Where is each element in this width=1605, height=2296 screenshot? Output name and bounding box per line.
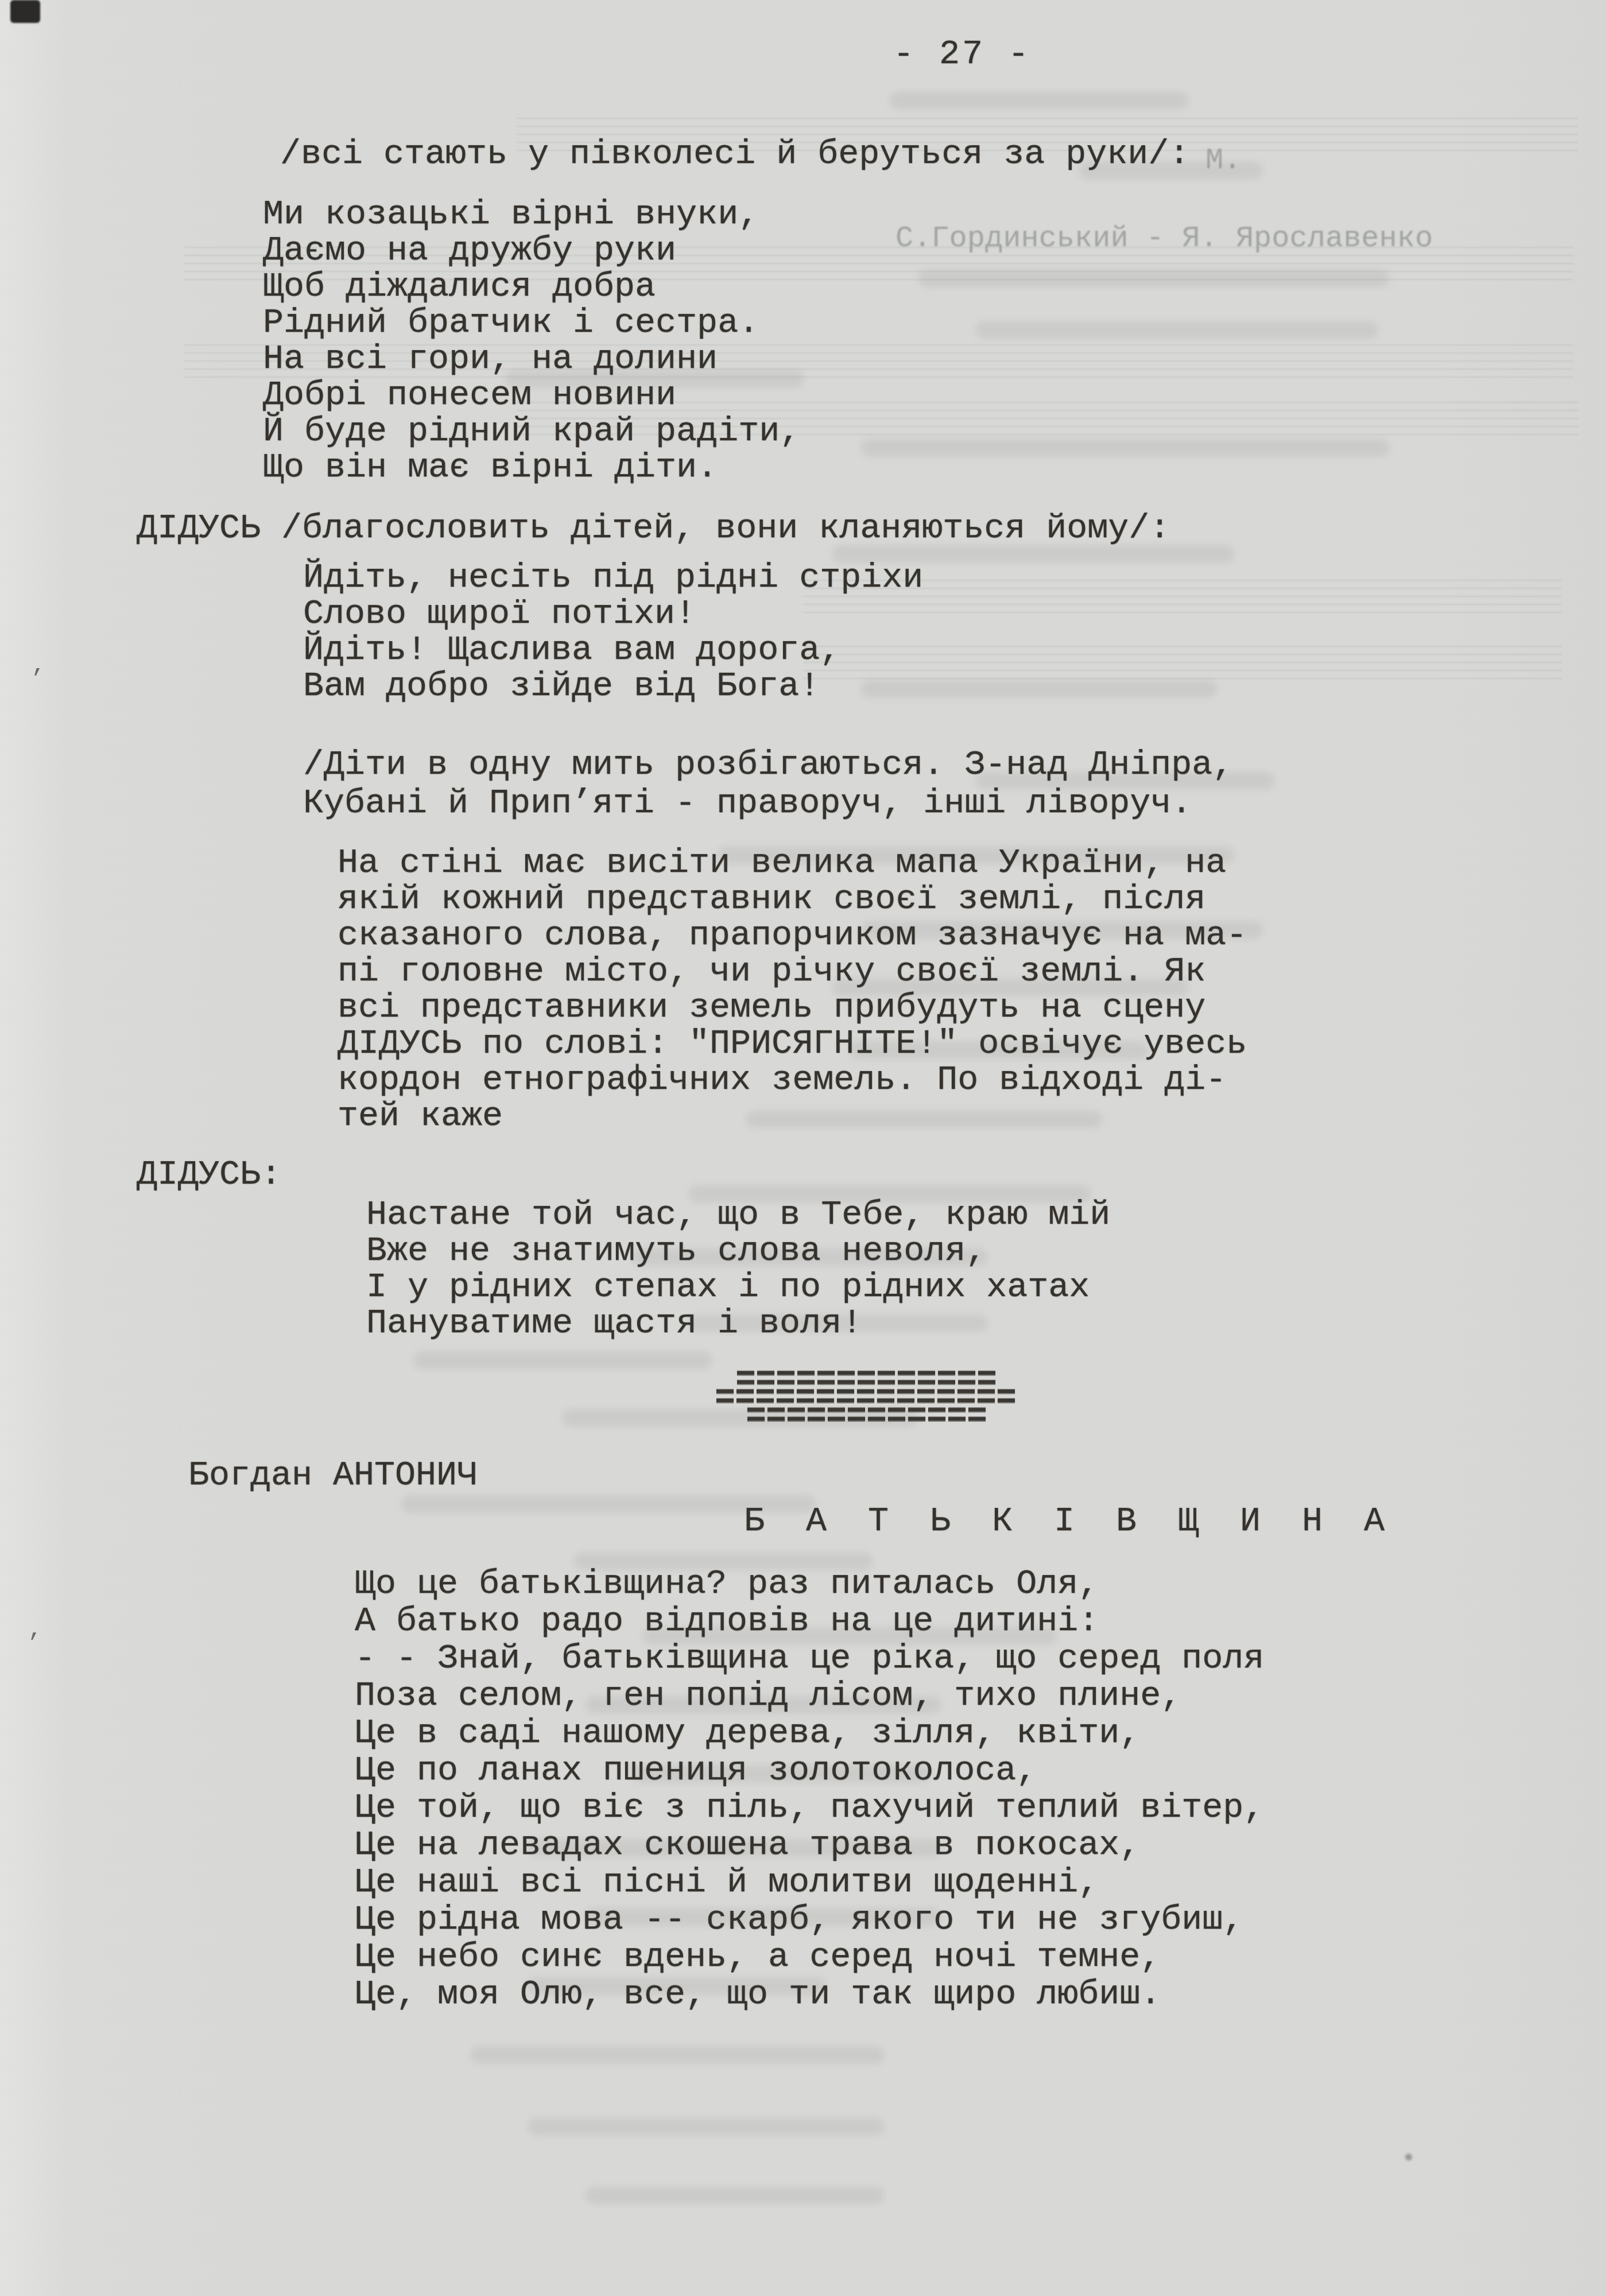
poem-line: Ми козацькі вірні внуки, — [263, 197, 800, 233]
poem-line: Це в саді нашому дерева, зілля, квіти, — [355, 1715, 1264, 1752]
poem-line: А батько радо відповів на це дитині: — [355, 1603, 1264, 1640]
stage-direction-line: На стіні має висіти велика мапа України,… — [338, 846, 1247, 882]
stage-direction-line: якій кожний представник своєї землі, піс… — [338, 882, 1247, 918]
poem-line: Це той, що віє з піль, пахучий теплий ві… — [355, 1790, 1264, 1827]
poem-line: Слово щирої потіхи! — [303, 596, 923, 633]
poem-line: Й буде рідний край радіти, — [263, 414, 800, 450]
stage-direction-line: ДІДУСЬ по слові: "ПРИСЯГНІТЕ!" освічує у… — [338, 1026, 1247, 1062]
poem-line: Йдіть, несіть під рідні стріхи — [303, 560, 923, 596]
poem-line: Це небо синє вдень, а серед ночі темне, — [355, 1939, 1264, 1976]
poem-nastane-toy-chas: Настане той час, що в Тебе, краю мійВже … — [366, 1197, 1110, 1342]
stage-direction-line: /Діти в одну мить розбігаються. З-над Дн… — [303, 746, 1233, 785]
poem-line: Що він має вірні діти. — [263, 450, 800, 486]
poem-line: Вам добро зійде від Бога! — [303, 669, 923, 705]
poem-line: Це наші всі пісні й молитви щоденні, — [355, 1864, 1264, 1902]
stage-direction-map-of-ukraine: На стіні має висіти велика мапа України,… — [338, 846, 1247, 1135]
stage-direction-line: всі представники земель прибудуть на сце… — [338, 990, 1247, 1026]
poem-ydit-nesit: Йдіть, несіть під рідні стріхиСлово щиро… — [303, 560, 923, 705]
poem-line: Вже не знатимуть слова неволя, — [366, 1234, 1110, 1270]
poem-line: Це, моя Олю, все, що ти так щиро любиш. — [355, 1976, 1264, 2014]
stage-direction-children-scatter: /Діти в одну мить розбігаються. З-над Дн… — [303, 746, 1233, 823]
poem-line: Рідний братчик і сестра. — [263, 305, 800, 342]
poem-shcho-tse-batkivshchyna: Що це батьківщина? раз питалась Оля,А ба… — [355, 1566, 1264, 2014]
character-cue-didus: ДІДУСЬ: — [137, 1157, 281, 1193]
poem-title-batkivshchyna: Б А Т Ь К І В Щ И Н А — [744, 1504, 1395, 1540]
author-name: Богдан АНТОНИЧ — [188, 1458, 478, 1494]
poem-line: Це на левадах скошена трава в покосах, — [355, 1827, 1264, 1864]
poem-line: Йдіть! Щаслива вам дорога, — [303, 633, 923, 669]
typewriter-divider-row: ============ — [746, 1399, 987, 1434]
poem-line: І у рідних степах і по рідних хатах — [366, 1270, 1110, 1306]
stage-direction-line: Кубані й Прип’яті - праворуч, інші лівор… — [303, 785, 1233, 823]
poem-line: На всі гори, на долини — [263, 342, 800, 378]
stage-direction-semicircle: /всі стають у півколесі й беруться за ру… — [280, 137, 1189, 173]
poem-line: Даємо на дружбу руки — [263, 233, 800, 269]
poem-line: Настане той час, що в Тебе, краю мій — [366, 1197, 1110, 1234]
poem-line: Щоб діждалися добра — [263, 269, 800, 305]
character-cue-didus-blessing: ДІДУСЬ /благословить дітей, вони кланяют… — [137, 511, 1170, 547]
page-number: - 27 - — [893, 37, 1031, 73]
typewritten-content: - 27 - /всі стають у півколесі й берутьс… — [0, 0, 1605, 2296]
poem-line: Поза селом, ген попід лісом, тихо плине, — [355, 1678, 1264, 1715]
poem-line: Це рідна мова -- скарб, якого ти не згуб… — [355, 1902, 1264, 1939]
poem-line: Добрі понесем новини — [263, 378, 800, 414]
stage-direction-line: пі головне місто, чи річку своєї землі. … — [338, 954, 1247, 990]
poem-kozatski-vnuky: Ми козацькі вірні внуки,Даємо на дружбу … — [263, 197, 800, 486]
scanned-page: М. С.Гординський - Я. Ярославенко ’ — [0, 0, 1605, 2296]
poem-line: Пануватиме щастя і воля! — [366, 1306, 1110, 1342]
stage-direction-line: кордон етнографічних земель. По відході … — [338, 1062, 1247, 1099]
stage-direction-line: сказаного слова, прапорчиком зазначує на… — [338, 918, 1247, 954]
poem-line: Що це батьківщина? раз питалась Оля, — [355, 1566, 1264, 1603]
stage-direction-line: тей каже — [338, 1099, 1247, 1135]
poem-line: Це по ланах пшениця золотоколоса, — [355, 1752, 1264, 1790]
poem-line: - - Знай, батьківщина це ріка, що серед … — [355, 1640, 1264, 1678]
